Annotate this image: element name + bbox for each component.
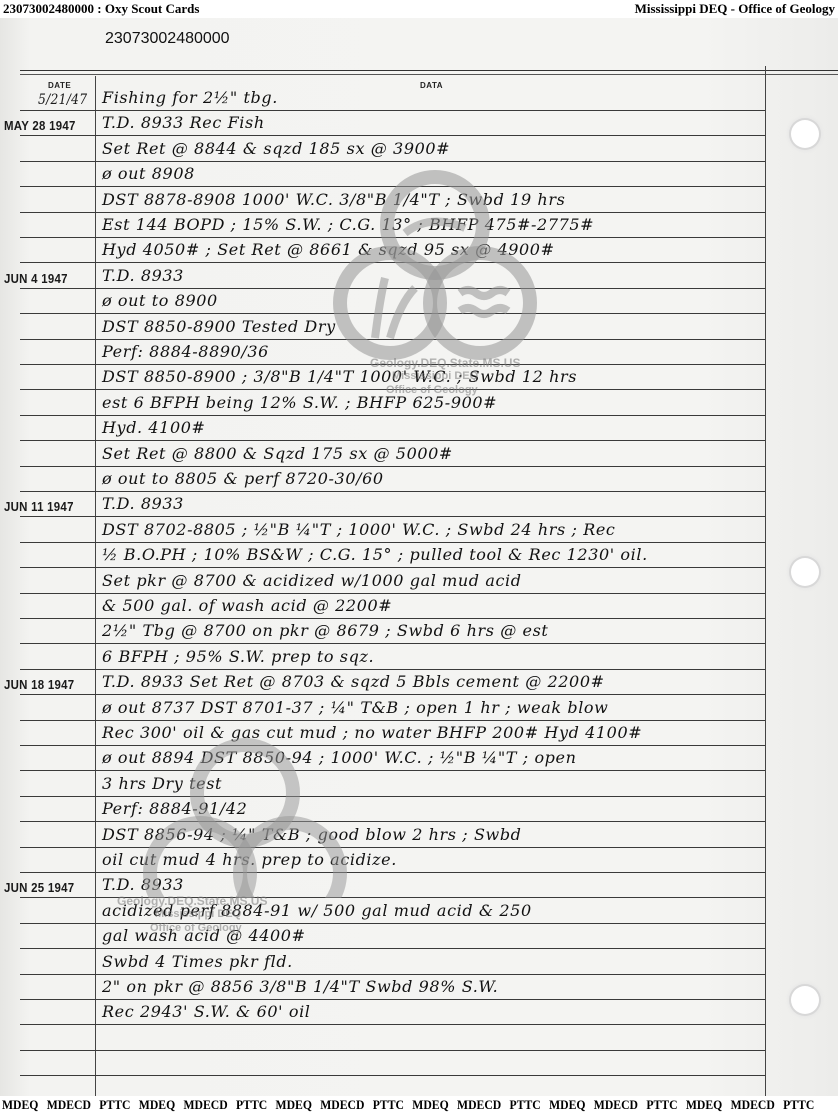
row-entry-text: 2" on pkr @ 8856 3/8"B 1/4"T Swbd 98% S.… (102, 977, 498, 996)
card-row (20, 1051, 765, 1076)
card-row: Hyd 4050# ; Set Ret @ 8661 & sqzd 95 sx … (20, 238, 765, 263)
watermark-text: Office of Geology (386, 384, 478, 396)
punch-hole (791, 986, 819, 1014)
card-row: oil cut mud 4 hrs. prep to acidize. (20, 848, 765, 873)
card-row: Set pkr @ 8700 & acidized w/1000 gal mud… (20, 569, 765, 594)
card-row (20, 1026, 765, 1051)
footer-watermark-strip: MDEQ MDECD PTTC MDEQ MDECD PTTC MDEQ MDE… (0, 1096, 838, 1114)
card-row: 2½" Tbg @ 8700 on pkr @ 8679 ; Swbd 6 hr… (20, 619, 765, 644)
card-row: Rec 2943' S.W. & 60' oil (20, 1000, 765, 1025)
card-row: Est 144 BOPD ; 15% S.W. ; C.G. 13° ; BHF… (20, 213, 765, 238)
row-entry-text: oil cut mud 4 hrs. prep to acidize. (102, 850, 397, 869)
card-row: MAY 28 1947T.D. 8933 Rec Fish (20, 111, 765, 136)
row-entry-text: Perf: 8884-91/42 (102, 799, 247, 818)
card-row: 5/21/47Fishing for 2½" tbg. (20, 86, 765, 111)
scout-card: 23073002480000 DATE DATA 5/21/47Fishing … (0, 18, 838, 1096)
card-row: Rec 300' oil & gas cut mud ; no water BH… (20, 721, 765, 746)
title-bar: 23073002480000 : Oxy Scout Cards Mississ… (0, 0, 838, 18)
row-date: JUN 4 1947 (4, 271, 101, 286)
row-entry-text: Fishing for 2½" tbg. (102, 88, 278, 107)
row-entry-text: Set Ret @ 8800 & Sqzd 175 sx @ 5000# (102, 444, 453, 463)
watermark-text: Office of Geology (150, 922, 242, 934)
row-entry-text: Set pkr @ 8700 & acidized w/1000 gal mud… (102, 571, 522, 590)
row-entry-text: ø out 8894 DST 8850-94 ; 1000' W.C. ; ½"… (102, 748, 577, 767)
row-entry-text: T.D. 8933 Rec Fish (102, 113, 265, 132)
header-rule (20, 70, 838, 71)
row-entry-text: 3 hrs Dry test (102, 774, 222, 793)
card-row: ø out to 8805 & perf 8720-30/60 (20, 467, 765, 492)
row-entry-text: Rec 2943' S.W. & 60' oil (102, 1002, 311, 1021)
card-row: JUN 11 1947T.D. 8933 (20, 492, 765, 517)
row-entry-text: T.D. 8933 (102, 875, 184, 894)
card-row: DST 8878-8908 1000' W.C. 3/8"B 1/4"T ; S… (20, 188, 765, 213)
row-date: MAY 28 1947 (4, 118, 101, 133)
watermark-text: Geology.DEQ.State.MS.US (117, 894, 267, 908)
row-date: JUN 18 1947 (4, 677, 101, 692)
card-row: DST 8850-8900 Tested Dry (20, 315, 765, 340)
card-row: 2" on pkr @ 8856 3/8"B 1/4"T Swbd 98% S.… (20, 975, 765, 1000)
row-date: JUN 25 1947 (4, 880, 101, 895)
card-row: ø out 8894 DST 8850-94 ; 1000' W.C. ; ½"… (20, 746, 765, 771)
row-entry-text: ø out to 8805 & perf 8720-30/60 (102, 469, 384, 488)
watermark-text: Mississippi DEQ (155, 908, 241, 920)
card-row: JUN 4 1947T.D. 8933 (20, 264, 765, 289)
row-entry-text: & 500 gal. of wash acid @ 2200# (102, 596, 392, 615)
punch-hole (791, 120, 819, 148)
footer-strip-text: MDEQ MDECD PTTC MDEQ MDECD PTTC MDEQ MDE… (2, 1097, 814, 1113)
card-row: Set Ret @ 8844 & sqzd 185 sx @ 3900# (20, 137, 765, 162)
card-row: 6 BFPH ; 95% S.W. prep to sqz. (20, 645, 765, 670)
row-entry-text: ø out 8737 DST 8701-37 ; ¼" T&B ; open 1… (102, 698, 608, 717)
card-row: JUN 18 1947T.D. 8933 Set Ret @ 8703 & sq… (20, 670, 765, 695)
punch-hole (791, 558, 819, 586)
row-entry-text: Rec 300' oil & gas cut mud ; no water BH… (102, 723, 642, 742)
right-margin-divider (765, 66, 766, 1096)
card-row: ø out 8737 DST 8701-37 ; ¼" T&B ; open 1… (20, 696, 765, 721)
row-entry-text: Hyd. 4100# (102, 418, 206, 437)
row-entry-text: T.D. 8933 Set Ret @ 8703 & sqzd 5 Bbls c… (102, 672, 605, 691)
card-row: Set Ret @ 8800 & Sqzd 175 sx @ 5000# (20, 442, 765, 467)
row-entry-text: DST 8850-8900 Tested Dry (102, 317, 336, 336)
card-row: ø out to 8900 (20, 289, 765, 314)
card-row: Swbd 4 Times pkr fld. (20, 950, 765, 975)
watermark-text: Mississippi DEQ (392, 370, 478, 382)
row-entry-text: Swbd 4 Times pkr fld. (102, 952, 293, 971)
document-title: 23073002480000 : Oxy Scout Cards (3, 1, 199, 17)
row-entry-text: ½ B.O.PH ; 10% BS&W ; C.G. 15° ; pulled … (102, 545, 648, 564)
row-entry-text: DST 8878-8908 1000' W.C. 3/8"B 1/4"T ; S… (102, 190, 565, 209)
row-entry-text: Perf: 8884-8890/36 (102, 342, 269, 361)
row-entry-text: 6 BFPH ; 95% S.W. prep to sqz. (102, 647, 374, 666)
card-row: ½ B.O.PH ; 10% BS&W ; C.G. 15° ; pulled … (20, 543, 765, 568)
card-row: DST 8856-94 ; ¼" T&B ; good blow 2 hrs ;… (20, 823, 765, 848)
watermark-text: Geology.DEQ.State.MS.US (370, 356, 520, 370)
row-entry-text: T.D. 8933 (102, 494, 184, 513)
header-rule (20, 74, 838, 75)
row-entry-text: ø out to 8900 (102, 291, 218, 310)
row-entry-text: 2½" Tbg @ 8700 on pkr @ 8679 ; Swbd 6 hr… (102, 621, 548, 640)
row-entry-text: T.D. 8933 (102, 266, 184, 285)
card-row: ø out 8908 (20, 162, 765, 187)
agency-title: Mississippi DEQ - Office of Geology (635, 1, 835, 17)
row-entry-text: ø out 8908 (102, 164, 195, 183)
card-row: 3 hrs Dry test (20, 772, 765, 797)
row-entry-text: Est 144 BOPD ; 15% S.W. ; C.G. 13° ; BHF… (102, 215, 594, 234)
row-entry-text: DST 8850-8900 ; 3/8"B 1/4"T 1000' W.C. ;… (102, 367, 577, 386)
row-entry-text: Hyd 4050# ; Set Ret @ 8661 & sqzd 95 sx … (102, 240, 555, 259)
row-date: JUN 11 1947 (4, 499, 101, 514)
card-row: gal wash acid @ 4400# (20, 924, 765, 949)
card-row: Perf: 8884-91/42 (20, 797, 765, 822)
card-row: & 500 gal. of wash acid @ 2200# (20, 594, 765, 619)
api-number: 23073002480000 (105, 30, 230, 48)
row-entry-text: DST 8856-94 ; ¼" T&B ; good blow 2 hrs ;… (102, 825, 522, 844)
card-row: Hyd. 4100# (20, 416, 765, 441)
row-entry-text: Set Ret @ 8844 & sqzd 185 sx @ 3900# (102, 139, 450, 158)
card-row: DST 8702-8805 ; ½"B ¼"T ; 1000' W.C. ; S… (20, 518, 765, 543)
row-entry-text: DST 8702-8805 ; ½"B ¼"T ; 1000' W.C. ; S… (102, 520, 616, 539)
